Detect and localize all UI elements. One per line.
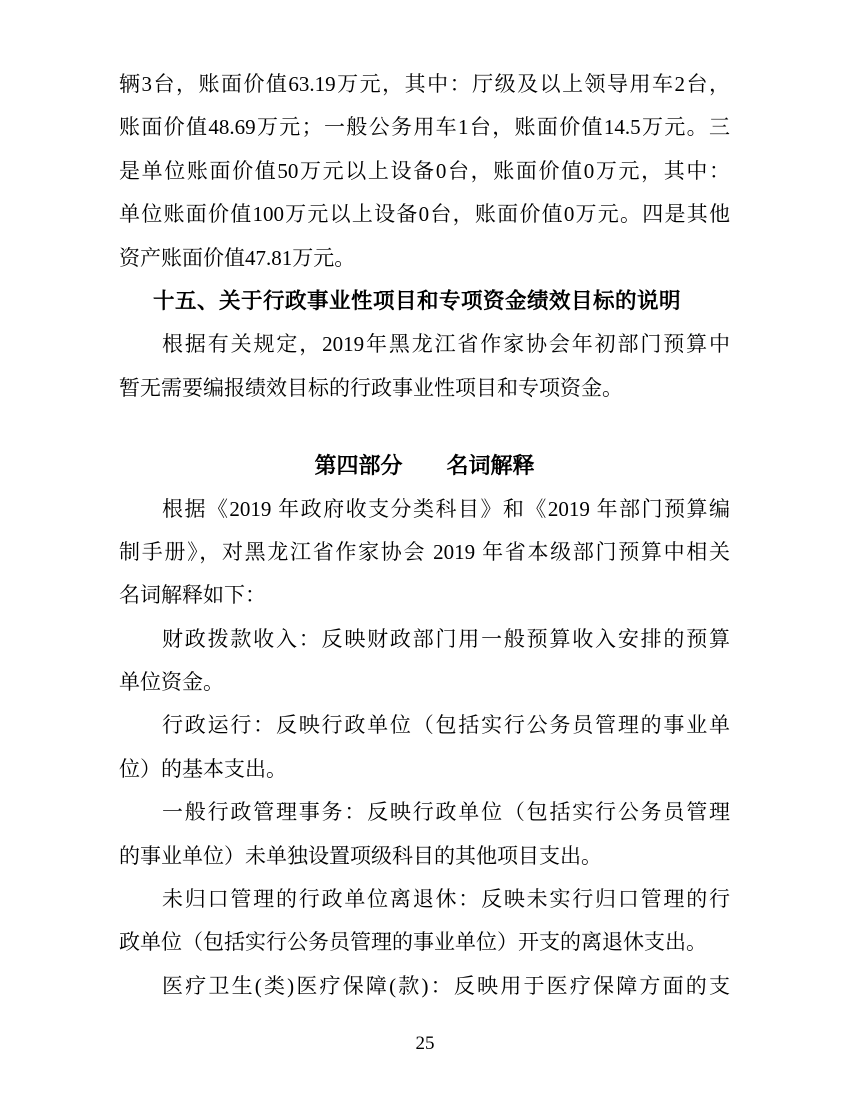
text-line: 根据《2019 年政府收支分类科目》和《2019 年部门预算编	[119, 488, 730, 531]
text-line: 一般行政管理事务：反映行政单位（包括实行公务员管理	[119, 791, 730, 834]
text-line: 单位资金。	[119, 661, 730, 704]
text-line: 的事业单位）未单独设置项级科目的其他项目支出。	[119, 835, 730, 878]
text-line: 财政拨款收入：反映财政部门用一般预算收入安排的预算	[119, 618, 730, 661]
page-number: 25	[0, 1032, 850, 1056]
section-heading: 十五、关于行政事业性项目和专项资金绩效目标的说明	[119, 280, 730, 323]
text-line: 是单位账面价值50万元以上设备0台，账面价值0万元，其中：	[119, 150, 730, 193]
text-line: 根据有关规定，2019年黑龙江省作家协会年初部门预算中	[119, 323, 730, 366]
text-line: 暂无需要编报绩效目标的行政事业性项目和专项资金。	[119, 367, 730, 410]
text-line: 行政运行：反映行政单位（包括实行公务员管理的事业单	[119, 704, 730, 747]
text-line: 政单位（包括实行公务员管理的事业单位）开支的离退休支出。	[119, 921, 730, 964]
text-line: 医疗卫生(类)医疗保障(款)：反映用于医疗保障方面的支	[119, 965, 730, 1008]
document-page: 辆3台，账面价值63.19万元，其中：厅级及以上领导用车2台，账面价值48.69…	[0, 0, 850, 1100]
text-line: 账面价值48.69万元；一般公务用车1台，账面价值14.5万元。三	[119, 106, 730, 149]
text-line: 单位账面价值100万元以上设备0台，账面价值0万元。四是其他	[119, 193, 730, 236]
document-body: 辆3台，账面价值63.19万元，其中：厅级及以上领导用车2台，账面价值48.69…	[119, 63, 730, 1008]
text-line: 未归口管理的行政单位离退休：反映未实行归口管理的行	[119, 878, 730, 921]
text-line: 资产账面价值47.81万元。	[119, 237, 730, 280]
part-heading: 第四部分 名词解释	[119, 444, 730, 487]
text-line: 名词解释如下：	[119, 574, 730, 617]
text-line: 制手册》，对黑龙江省作家协会 2019 年省本级部门预算中相关	[119, 531, 730, 574]
text-line: 辆3台，账面价值63.19万元，其中：厅级及以上领导用车2台，	[119, 63, 730, 106]
text-line: 位）的基本支出。	[119, 748, 730, 791]
